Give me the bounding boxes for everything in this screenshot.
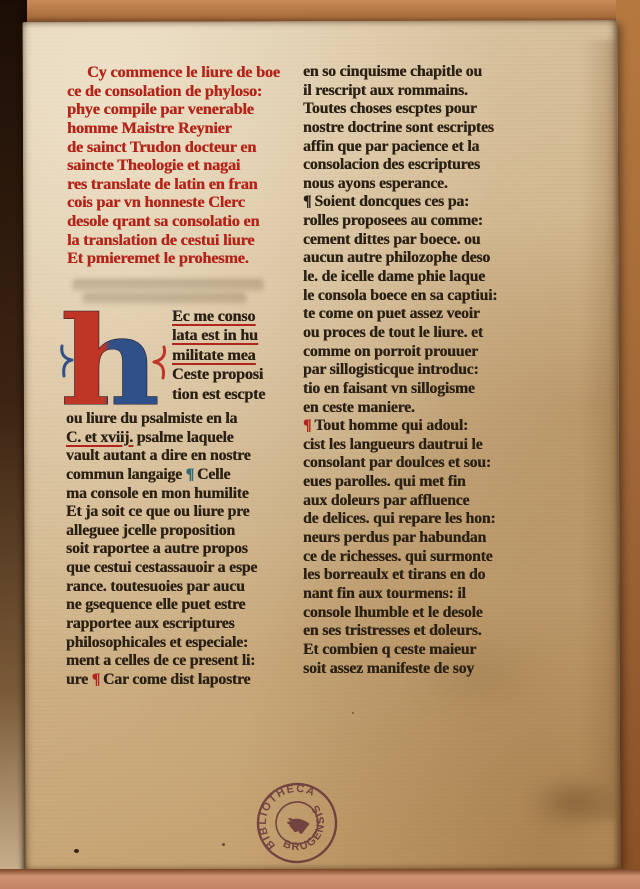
text-line: consolant par doulces et sou: [303,454,551,473]
text-line: en so cinquisme chapitle ou [303,63,551,82]
table-surface-bottom [0,869,640,889]
text-line: rolles proposees au comme: [303,212,551,231]
ink-showthrough [72,279,264,291]
text-line: ou proces de tout le liure. et [303,324,551,343]
text-line: homme Maistre Reynier [67,119,307,138]
text-line: ¶Soient doncques ces pa: [303,193,551,212]
text-line: Toutes choses escptes pour [303,100,551,119]
text-line: Ec me conso [172,307,307,326]
text-line: le consola boece en sa captiui: [303,287,551,306]
illuminated-initial-h: H [58,304,168,418]
text-line: lata est in hu [172,326,307,345]
text-line: vault autant a dire en nostre [66,447,308,466]
initial-letter: H [60,304,160,418]
text-line: rance. toutesuoies par aucu [66,578,308,597]
text-line: ou liure du psalmiste en la [66,410,308,429]
text-line: cois par vn honneste Clerc [67,193,307,212]
book-photograph: Cy commence le liure de boece de consola… [0,0,640,889]
text-line: commun langaige ¶Celle [66,466,308,485]
text-line: en ceste maniere. [303,399,551,418]
text-line: desole qrant sa consolatio en [67,212,307,231]
text-line: phye compile par venerable [67,100,307,119]
text-line: ¶Tout homme qui adoul: [303,417,551,436]
text-line: saincte Theologie et nagai [67,156,307,175]
text-line: ma console en mon humilite [66,485,308,504]
text-line: de delices. qui repare les hon: [303,510,551,529]
rubric-incipit: Cy commence le liure de boece de consola… [67,63,307,268]
text-line: affin que par pacience et la [303,138,551,157]
text-line: te come on puet assez veoir [303,305,551,324]
text-line: tio en faisant vn sillogisme [303,380,551,399]
text-line: Et combien q ceste maieur [303,641,551,660]
pilcrow-mark: ¶ [303,417,311,434]
text-line: C. et xviij. psalme laquele [66,429,308,448]
text-line: Cy commence le liure de boe [67,63,307,82]
text-line: comme on porroit prouuer [303,343,551,362]
text-line: que cestui cestassauoir a espe [66,559,308,578]
ink-showthrough [82,293,247,304]
text-line: ne gsequence elle puet estre [66,596,308,615]
text-line: ce de richesses. qui surmonte [303,548,551,567]
text-line: en ses tristresses et doleurs. [303,622,551,641]
text-line: par sillogisticque introduc: [303,361,551,380]
text-line: aux doleurs par affluence [303,492,551,511]
text-line: neurs perdus par habundan [303,529,551,548]
text-line: philosophicales et especiale: [66,634,308,653]
wormhole-speck [222,843,225,846]
text-line: soit raportee a autre propos [66,540,308,559]
page-curl-shading [582,40,616,820]
right-text-column: en so cinquisme chapitle ouil rescript a… [303,63,551,678]
text-line: Ceste proposi [172,365,307,384]
text-line: rapportee aux escriptures [66,615,308,634]
pilcrow-mark: ¶ [186,466,194,483]
text-line: tion est escpte [172,385,307,404]
text-line: les borreaulx et tirans en do [303,566,551,585]
text-line: cist les langueurs dautrui le [303,436,551,455]
latin-quote-block: Ec me consolata est in humilitate meaCes… [172,307,307,404]
text-line: nant fin aux tourmens: il [303,585,551,604]
text-line: alleguee jcelle proposition [66,522,308,541]
text-line: eues parolles. qui met fin [303,473,551,492]
text-line: il rescript aux rommains. [303,82,551,101]
text-line: cement dittes par boece. ou [303,231,551,250]
pilcrow-mark: ¶ [92,671,100,688]
text-line: soit assez manifeste de soy [303,660,551,679]
text-line: Et ja soit ce que ou liure pre [66,503,308,522]
text-line: le. de icelle dame phie laque [303,268,551,287]
text-line: nostre doctrine sont escriptes [303,119,551,138]
text-line: consolacion des escriptures [303,156,551,175]
text-line: ce de consolation de phyloso: [67,82,307,101]
text-line: ure ¶Car come dist lapostre [66,671,308,690]
left-text-column: ou liure du psalmiste en laC. et xviij. … [66,410,308,690]
text-line: Et pmieremet le prohesme. [67,249,307,268]
text-line: la translation de cestui liure [67,231,307,250]
text-line: militate mea [172,346,307,365]
text-line: nous ayons esperance. [303,175,551,194]
wormhole-speck [74,849,79,853]
text-line: ment a celles de ce present li: [66,652,308,671]
text-line: aucun autre philozophe deso [303,249,551,268]
text-line: console lhumble et le desole [303,604,551,623]
text-line: de sainct Trudon docteur en [67,138,307,157]
wormhole-speck [352,712,354,714]
text-line: res translate de latin en fran [67,175,307,194]
pilcrow-mark: ¶ [303,193,311,210]
